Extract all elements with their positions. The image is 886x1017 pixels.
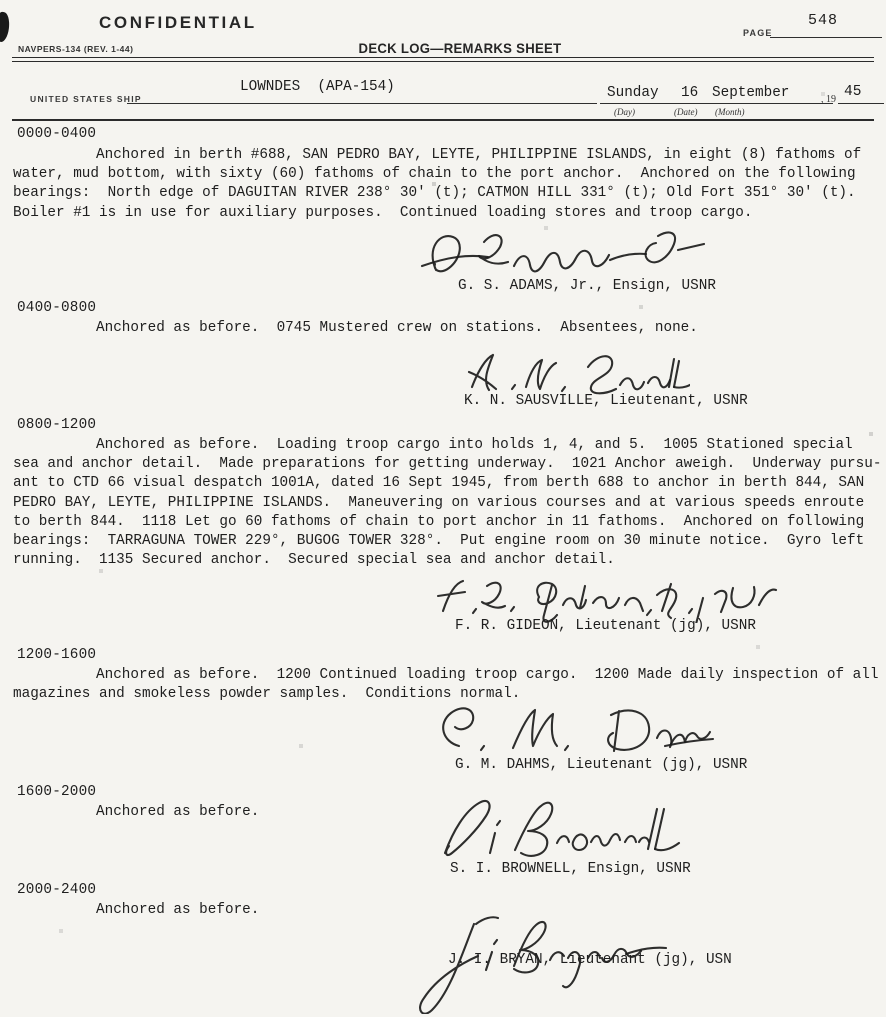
sheet-title: DECK LOG—REMARKS SHEET [291, 40, 629, 56]
signature-name: K. N. SAUSVILLE, Lieutenant, USNR [464, 393, 748, 409]
signature-name: S. I. BROWNELL, Ensign, USNR [450, 861, 691, 877]
entry-text: Anchored in berth #688, SAN PEDRO BAY, L… [13, 146, 861, 223]
page-label: PAGE [743, 28, 773, 38]
header-double-rule [12, 57, 874, 62]
deck-log-remarks-sheet: CONFIDENTIAL 548 PAGE NAVPERS-134 (REV. … [0, 0, 886, 1017]
classification-stamp: CONFIDENTIAL [99, 13, 257, 33]
entry-time-range: 0400-0800 [17, 300, 96, 316]
signature-script-adams [420, 226, 710, 286]
date-line [600, 90, 833, 104]
entry-text: Anchored as before. 0745 Mustered crew o… [13, 319, 698, 338]
entry-time-range: 1600-2000 [17, 784, 96, 800]
header-bottom-rule [12, 119, 874, 121]
page-number-line [770, 24, 882, 38]
entry-text: Anchored as before. [13, 803, 259, 822]
entry-time-range: 2000-2400 [17, 882, 96, 898]
entry-text: Anchored as before. 1200 Continued loadi… [13, 666, 878, 704]
entry-text: Anchored as before. Loading troop cargo … [13, 436, 881, 570]
signature-script-dahms [425, 700, 715, 762]
signature-name: F. R. GIDEON, Lieutenant (jg), USNR [455, 618, 756, 634]
signature-script-gideon [433, 573, 778, 623]
date-day-label: (Day) [614, 107, 635, 117]
signature-script-sausville [460, 345, 690, 397]
entry-time-range: 0800-1200 [17, 417, 96, 433]
form-number: NAVPERS-134 (REV. 1-44) [18, 44, 133, 54]
signature-name: J. I. BRYAN, Lieutenant (jg), USN [448, 952, 732, 968]
date-date-label: (Date) [674, 107, 698, 117]
year-line [838, 90, 884, 104]
scan-artifact-corner [0, 11, 11, 42]
entry-time-range: 1200-1600 [17, 647, 96, 663]
scan-specks [0, 0, 2, 2]
year-prefix: , 19 [821, 94, 836, 105]
entry-text: Anchored as before. [13, 901, 259, 920]
entry-time-range: 0000-0400 [17, 126, 96, 142]
ship-name: LOWNDES (APA-154) [240, 79, 395, 95]
signature-name: G. M. DAHMS, Lieutenant (jg), USNR [455, 757, 747, 773]
signature-script-brownell [435, 795, 700, 870]
date-month-label: (Month) [715, 107, 745, 117]
signature-name: G. S. ADAMS, Jr., Ensign, USNR [458, 278, 716, 294]
ship-label: UNITED STATES SHIP [30, 94, 142, 104]
